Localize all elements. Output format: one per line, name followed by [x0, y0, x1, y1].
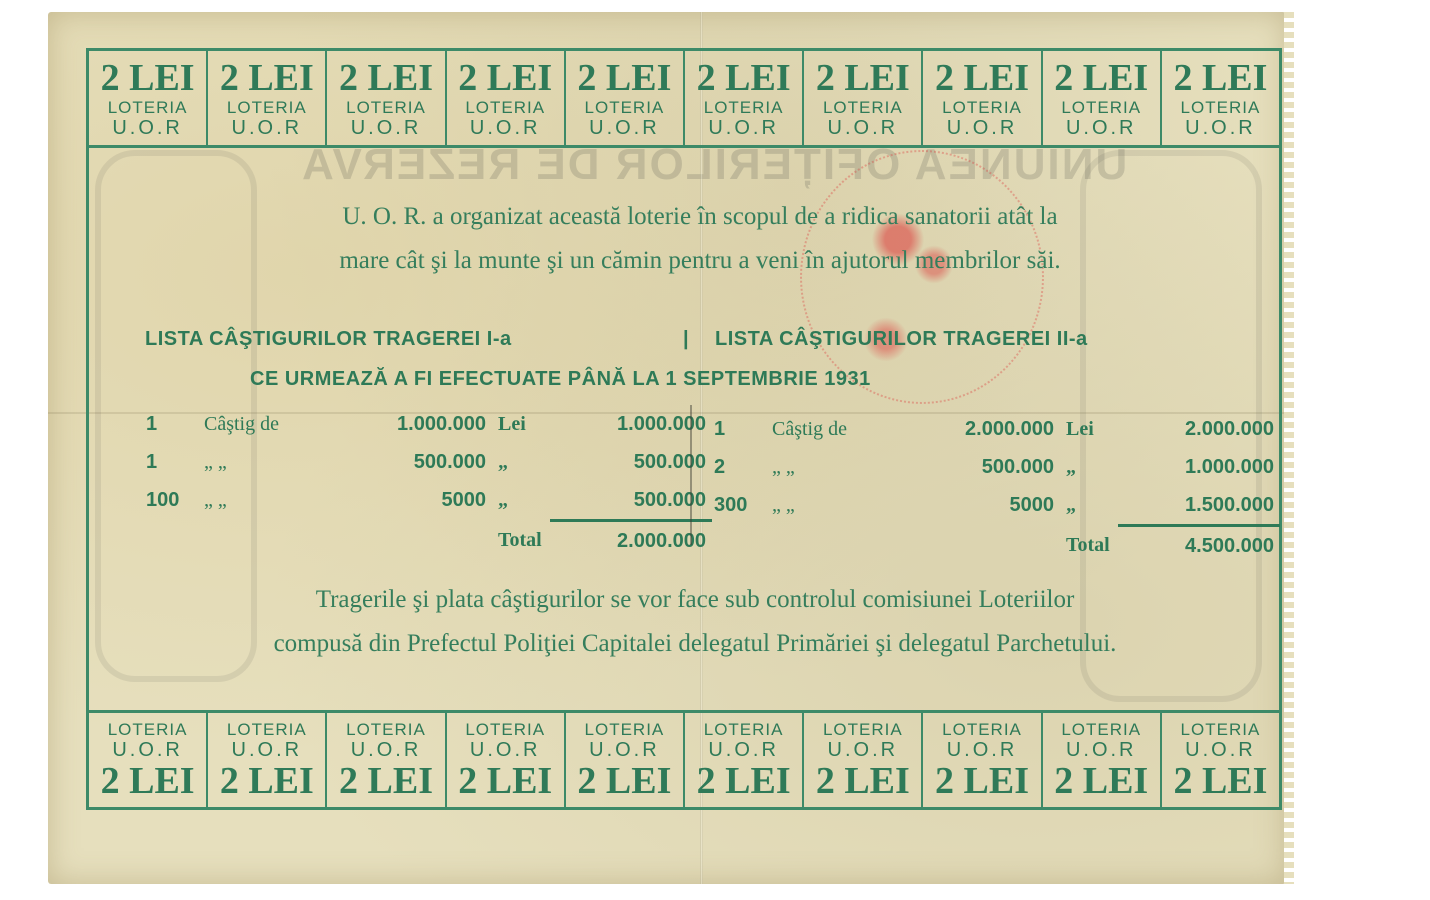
stamp-cell: 2 LEILOTERIAU.O.R	[447, 51, 566, 145]
total-value: 4.500.000	[1118, 526, 1280, 566]
stamp-value: 2 LEI	[458, 59, 552, 97]
stamp-value: 2 LEI	[1173, 762, 1267, 800]
draws-deadline-subheading: CE URMEAZĂ A FI EFECTUATE PÂNĂ LA 1 SEPT…	[250, 368, 871, 391]
stamp-value: 2 LEI	[697, 762, 791, 800]
prize-count: 1	[708, 410, 766, 448]
prize-unit: Lei	[492, 405, 550, 443]
total-label: Total	[1060, 526, 1118, 566]
stamp-label: LOTERIA	[346, 99, 426, 116]
table-row: 1 Câştig de 2.000.000 Lei 2.000.000	[708, 410, 1280, 448]
prize-amount: 1.000.000	[330, 405, 492, 443]
stamp-label: LOTERIA	[465, 721, 545, 738]
stamp-org: U.O.R	[232, 740, 303, 760]
prize-total: 1.000.000	[1118, 448, 1280, 486]
stamp-org: U.O.R	[708, 740, 779, 760]
stamp-value: 2 LEI	[1054, 59, 1148, 97]
prize-word: „ „	[198, 481, 330, 521]
table-divider	[690, 405, 692, 545]
footer-line-2: compusă din Prefectul Poliţiei Capitalei…	[160, 622, 1230, 666]
prize-unit: „	[492, 481, 550, 521]
total-value: 2.000.000	[550, 521, 712, 561]
prize-amount: 5000	[898, 486, 1060, 526]
stamp-org: U.O.R	[947, 118, 1018, 138]
stamp-cell: 2 LEILOTERIAU.O.R	[804, 51, 923, 145]
prize-word: „ „	[766, 448, 898, 486]
stamp-cell: 2 LEILOTERIAU.O.R	[685, 51, 804, 145]
prize-word: „ „	[766, 486, 898, 526]
prize-amount: 2.000.000	[898, 410, 1060, 448]
prize-unit: „	[1060, 486, 1118, 526]
stamp-value: 2 LEI	[577, 59, 671, 97]
footer-paragraph: Tragerile şi plata câştigurilor se vor f…	[160, 578, 1230, 666]
table-row: 300 „ „ 5000 „ 1.500.000	[708, 486, 1280, 526]
stamp-cell: LOTERIAU.O.R2 LEI	[447, 713, 566, 807]
stamp-value: 2 LEI	[816, 59, 910, 97]
stamp-label: LOTERIA	[1181, 721, 1261, 738]
stamp-value: 2 LEI	[816, 762, 910, 800]
intro-paragraph: U. O. R. a organizat această loterie în …	[160, 195, 1240, 283]
stamp-label: LOTERIA	[108, 721, 188, 738]
draw-1-prize-table: 1 Câştig de 1.000.000 Lei 1.000.000 1 „ …	[140, 405, 712, 560]
top-stamp-strip: 2 LEILOTERIAU.O.R 2 LEILOTERIAU.O.R 2 LE…	[86, 48, 1282, 148]
stamp-org: U.O.R	[589, 118, 660, 138]
prize-unit: Lei	[1060, 410, 1118, 448]
stamp-cell: 2 LEILOTERIAU.O.R	[566, 51, 685, 145]
stamp-org: U.O.R	[589, 740, 660, 760]
prize-word: Câştig de	[198, 405, 330, 443]
stamp-cell: 2 LEILOTERIAU.O.R	[208, 51, 327, 145]
stamp-value: 2 LEI	[220, 762, 314, 800]
prize-total: 500.000	[550, 443, 712, 481]
prize-word: „ „	[198, 443, 330, 481]
stamp-label: LOTERIA	[227, 721, 307, 738]
stamp-cell: 2 LEILOTERIAU.O.R	[1043, 51, 1162, 145]
total-row: Total 4.500.000	[708, 526, 1280, 566]
draw-2-heading: LISTA CÂŞTIGURILOR TRAGEREI II-a	[715, 328, 1088, 351]
stamp-cell: 2 LEILOTERIAU.O.R	[89, 51, 208, 145]
stamp-cell: LOTERIAU.O.R2 LEI	[923, 713, 1042, 807]
stamp-label: LOTERIA	[227, 99, 307, 116]
prize-total: 500.000	[550, 481, 712, 521]
stamp-org: U.O.R	[470, 118, 541, 138]
stamp-label: LOTERIA	[465, 99, 545, 116]
footer-line-1: Tragerile şi plata câştigurilor se vor f…	[160, 578, 1230, 622]
stamp-value: 2 LEI	[1054, 762, 1148, 800]
prize-count: 300	[708, 486, 766, 526]
stamp-label: LOTERIA	[704, 721, 784, 738]
bottom-stamp-strip: LOTERIAU.O.R2 LEI LOTERIAU.O.R2 LEI LOTE…	[86, 710, 1282, 810]
stamp-label: LOTERIA	[585, 99, 665, 116]
stamp-label: LOTERIA	[1181, 99, 1261, 116]
stamp-value: 2 LEI	[697, 59, 791, 97]
total-row: Total 2.000.000	[140, 521, 712, 561]
stamp-cell: LOTERIAU.O.R2 LEI	[1043, 713, 1162, 807]
stamp-cell: 2 LEILOTERIAU.O.R	[923, 51, 1042, 145]
prize-unit: „	[492, 443, 550, 481]
stamp-value: 2 LEI	[339, 59, 433, 97]
stamp-label: LOTERIA	[823, 721, 903, 738]
stamp-org: U.O.R	[947, 740, 1018, 760]
stamp-cell: LOTERIAU.O.R2 LEI	[208, 713, 327, 807]
stamp-cell: LOTERIAU.O.R2 LEI	[804, 713, 923, 807]
stamp-value: 2 LEI	[935, 59, 1029, 97]
stamp-cell: LOTERIAU.O.R2 LEI	[685, 713, 804, 807]
stamp-org: U.O.R	[1066, 740, 1137, 760]
table-row: 100 „ „ 5000 „ 500.000	[140, 481, 712, 521]
prize-amount: 5000	[330, 481, 492, 521]
stamp-cell: 2 LEILOTERIAU.O.R	[1162, 51, 1279, 145]
stamp-cell: LOTERIAU.O.R2 LEI	[1162, 713, 1279, 807]
stamp-org: U.O.R	[828, 118, 899, 138]
prize-count: 2	[708, 448, 766, 486]
prize-total: 1.000.000	[550, 405, 712, 443]
stamp-value: 2 LEI	[458, 762, 552, 800]
draw-1-heading: LISTA CÂŞTIGURILOR TRAGEREI I-a	[145, 328, 512, 351]
stamp-cell: LOTERIAU.O.R2 LEI	[89, 713, 208, 807]
prize-total: 1.500.000	[1118, 486, 1280, 526]
stamp-cell: LOTERIAU.O.R2 LEI	[566, 713, 685, 807]
stamp-label: LOTERIA	[942, 721, 1022, 738]
stamp-org: U.O.R	[351, 740, 422, 760]
total-label: Total	[492, 521, 550, 561]
stamp-org: U.O.R	[1185, 118, 1256, 138]
table-row: 2 „ „ 500.000 „ 1.000.000	[708, 448, 1280, 486]
intro-line-1: U. O. R. a organizat această loterie în …	[160, 195, 1240, 239]
stamp-label: LOTERIA	[1061, 99, 1141, 116]
stamp-label: LOTERIA	[585, 721, 665, 738]
prize-count: 1	[140, 405, 198, 443]
stamp-org: U.O.R	[708, 118, 779, 138]
stamp-value: 2 LEI	[577, 762, 671, 800]
stamp-label: LOTERIA	[108, 99, 188, 116]
prize-unit: „	[1060, 448, 1118, 486]
prize-count: 100	[140, 481, 198, 521]
perforated-edge	[1284, 12, 1294, 884]
stamp-label: LOTERIA	[823, 99, 903, 116]
stamp-value: 2 LEI	[220, 59, 314, 97]
stamp-label: LOTERIA	[704, 99, 784, 116]
prize-amount: 500.000	[898, 448, 1060, 486]
stamp-org: U.O.R	[112, 740, 183, 760]
prize-amount: 500.000	[330, 443, 492, 481]
prize-word: Câştig de	[766, 410, 898, 448]
table-row: 1 „ „ 500.000 „ 500.000	[140, 443, 712, 481]
stamp-org: U.O.R	[470, 740, 541, 760]
stamp-cell: LOTERIAU.O.R2 LEI	[327, 713, 446, 807]
stamp-value: 2 LEI	[101, 762, 195, 800]
prize-count: 1	[140, 443, 198, 481]
stamp-value: 2 LEI	[935, 762, 1029, 800]
stamp-org: U.O.R	[1066, 118, 1137, 138]
stamp-value: 2 LEI	[339, 762, 433, 800]
table-row: 1 Câştig de 1.000.000 Lei 1.000.000	[140, 405, 712, 443]
stamp-org: U.O.R	[232, 118, 303, 138]
stamp-org: U.O.R	[112, 118, 183, 138]
stamp-org: U.O.R	[1185, 740, 1256, 760]
stamp-cell: 2 LEILOTERIAU.O.R	[327, 51, 446, 145]
intro-line-2: mare cât şi la munte şi un cămin pentru …	[160, 239, 1240, 283]
draw-2-prize-table: 1 Câştig de 2.000.000 Lei 2.000.000 2 „ …	[708, 410, 1280, 565]
stamp-value: 2 LEI	[101, 59, 195, 97]
stamp-org: U.O.R	[351, 118, 422, 138]
stamp-label: LOTERIA	[942, 99, 1022, 116]
stamp-label: LOTERIA	[1061, 721, 1141, 738]
heading-separator: |	[683, 328, 689, 351]
stamp-value: 2 LEI	[1173, 59, 1267, 97]
stamp-org: U.O.R	[828, 740, 899, 760]
stamp-label: LOTERIA	[346, 721, 426, 738]
prize-total: 2.000.000	[1118, 410, 1280, 448]
